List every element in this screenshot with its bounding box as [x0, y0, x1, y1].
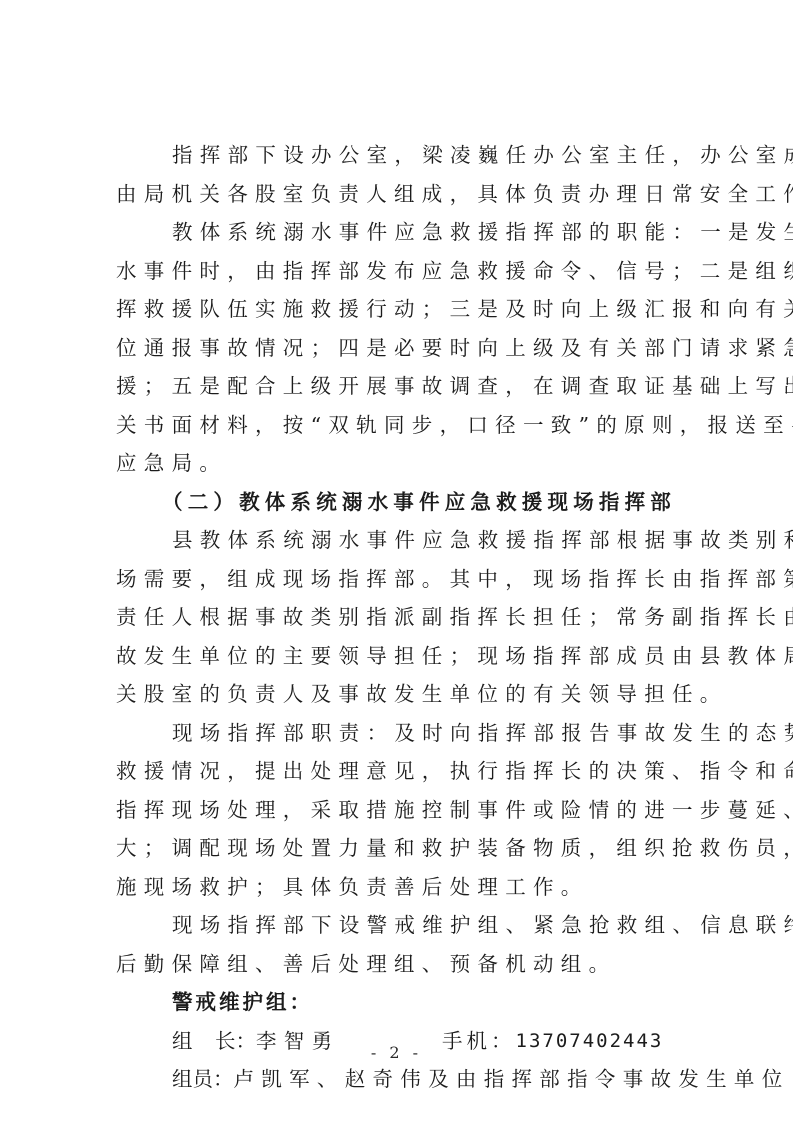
section-heading: （二）教体系统溺水事件应急救援现场指挥部: [116, 483, 676, 522]
paragraph-line: 后勤保障组、善后处理组、预备机动组。: [116, 945, 676, 984]
paragraph-line: 县教体系统溺水事件应急救援指挥部根据事故类别和现: [116, 521, 676, 560]
paragraph-line: 救援情况，提出处理意见，执行指挥长的决策、指令和命令，: [116, 752, 676, 791]
paragraph-line: 责任人根据事故类别指派副指挥长担任；常务副指挥长由事: [116, 598, 676, 637]
paragraph-line: 现场指挥部下设警戒维护组、紧急抢救组、信息联络组、: [116, 906, 676, 945]
paragraph-line: 指挥部下设办公室，梁凌巍任办公室主任，办公室成员: [116, 136, 676, 175]
paragraph-line: 施现场救护；具体负责善后处理工作。: [116, 868, 676, 907]
paragraph-line: 水事件时，由指挥部发布应急救援命令、信号；二是组织指: [116, 252, 676, 291]
group-members-row: 组 员： 卢凯军、赵奇伟及由指挥部指令事故发生单位: [116, 1060, 676, 1099]
members-text: 卢凯军、赵奇伟及由指挥部指令事故发生单位: [234, 1060, 790, 1099]
paragraph-line: 位通报事故情况；四是必要时向上级及有关部门请求紧急救: [116, 329, 676, 368]
role-char: 员：: [193, 1060, 234, 1099]
document-page: 指挥部下设办公室，梁凌巍任办公室主任，办公室成员 由局机关各股室负责人组成，具体…: [0, 0, 793, 1121]
paragraph-line: 指挥现场处理，采取措施控制事件或险情的进一步蔓延、扩: [116, 791, 676, 830]
paragraph-line: 现场指挥部职责：及时向指挥部报告事故发生的态势及: [116, 714, 676, 753]
paragraph-line: 大；调配现场处置力量和救护装备物质，组织抢救伤员，实: [116, 829, 676, 868]
paragraph-line: 挥救援队伍实施救援行动；三是及时向上级汇报和向有关单: [116, 290, 676, 329]
paragraph-line: 援；五是配合上级开展事故调查，在调查取证基础上写出有: [116, 367, 676, 406]
paragraph-line: 场需要，组成现场指挥部。其中，现场指挥长由指挥部第一: [116, 560, 676, 599]
paragraph-line: 关股室的负责人及事故发生单位的有关领导担任。: [116, 675, 676, 714]
page-number: - 2 -: [0, 1043, 793, 1062]
document-body: 指挥部下设办公室，梁凌巍任办公室主任，办公室成员 由局机关各股室负责人组成，具体…: [116, 136, 676, 1099]
role-label: 组 员：: [172, 1060, 234, 1099]
group-title: 警戒维护组：: [116, 983, 676, 1022]
paragraph-line: 应急局。: [116, 444, 676, 483]
paragraph-line: 教体系统溺水事件应急救援指挥部的职能：一是发生溺: [116, 213, 676, 252]
role-char: 组: [172, 1060, 193, 1099]
paragraph-line: 由局机关各股室负责人组成，具体负责办理日常安全工作。: [116, 175, 676, 214]
paragraph-line: 故发生单位的主要领导担任；现场指挥部成员由县教体局相: [116, 637, 676, 676]
paragraph-line: 关书面材料，按“双轨同步，口径一致”的原则，报送至县: [116, 406, 676, 445]
